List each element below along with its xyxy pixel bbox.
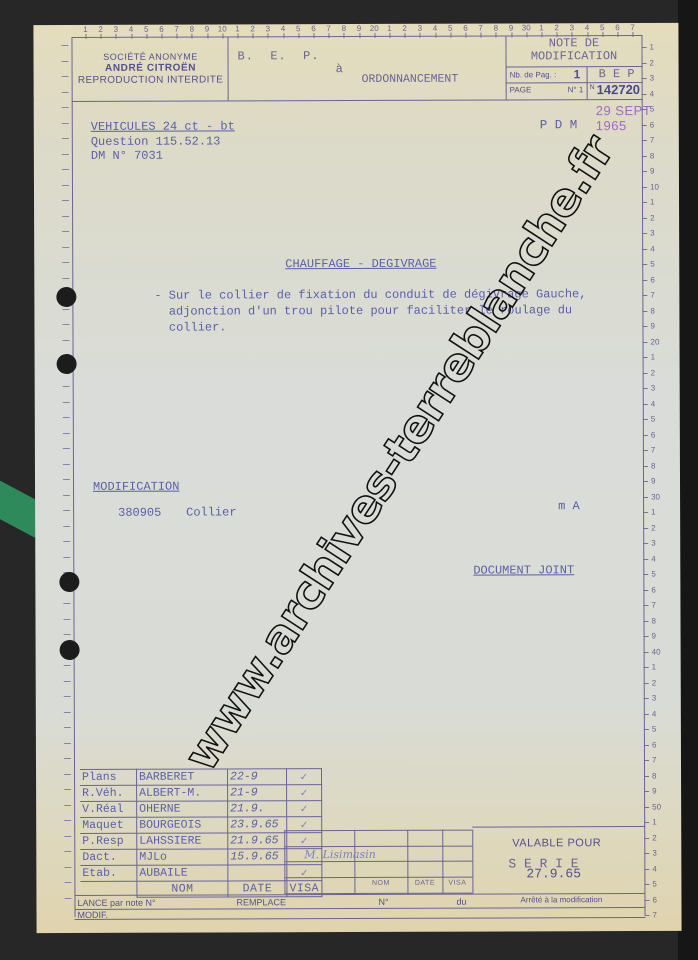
binder-hole <box>56 287 76 307</box>
launched-by-note-label: LANCE par note N° <box>77 898 155 908</box>
ruler-number: 5 <box>652 724 656 733</box>
signature-row: PlansBARBERET22-9✓ <box>80 769 321 786</box>
ruler-tick <box>64 665 71 666</box>
ruler-number: 4 <box>650 244 654 253</box>
modification-code: m A <box>558 499 580 513</box>
ruler-number: 3 <box>650 73 654 82</box>
ruler-number: 20 <box>651 337 660 346</box>
col2-date-label: DATE <box>407 880 442 887</box>
ruler-number: 5 <box>144 25 148 34</box>
ruler-tick <box>62 138 69 139</box>
signature-date <box>228 865 287 881</box>
signature-name: ALBERT-M. <box>137 785 228 801</box>
ruler-number: 1 <box>83 25 87 34</box>
page-count-label: Nb. de Pag. : <box>510 70 557 79</box>
frame-left-line <box>71 37 75 917</box>
ruler-tick <box>62 169 69 170</box>
ruler-number: 3 <box>650 228 654 237</box>
signature-role: Etab. <box>80 865 137 881</box>
ruler-number: 5 <box>600 23 604 32</box>
ruler-number: 6 <box>615 23 619 32</box>
page-number: N° 1 <box>568 85 584 94</box>
page-count-value: 1 <box>574 67 581 81</box>
ruler-number: 3 <box>570 23 574 32</box>
department-code: B E P <box>599 67 635 81</box>
binder-hole <box>60 640 80 660</box>
company-name: ANDRÉ CITROËN <box>74 62 228 74</box>
signature-row: R.Véh.ALBERT-M.21-9✓ <box>80 785 321 802</box>
from-department: B. E. P. <box>238 49 320 63</box>
ruler-number: 3 <box>266 24 270 33</box>
replaces-label: REMPLACE <box>236 897 286 907</box>
ruler-number: 8 <box>650 306 654 315</box>
signature-visa: ✓ <box>287 785 322 801</box>
ruler-number: 2 <box>250 24 254 33</box>
signature-date: 21-9 <box>228 785 287 801</box>
ruler-tick <box>64 743 71 744</box>
ruler-number: 5 <box>651 414 655 423</box>
ruler-number: 6 <box>651 430 655 439</box>
ruler-number: 2 <box>652 678 656 687</box>
ruler-tick <box>64 696 71 697</box>
ruler-tick <box>64 805 71 806</box>
signature-role: Dact. <box>80 849 137 865</box>
ruler-number: 40 <box>652 647 661 656</box>
ruler-number: 1 <box>649 42 653 51</box>
signature-date: 23.9.65 <box>228 817 287 833</box>
ruler-number: 6 <box>652 895 656 904</box>
handwritten-name: M. Lisimasin <box>304 848 376 861</box>
ruler-number: 7 <box>630 23 634 32</box>
signature-role: Maquet <box>80 817 137 833</box>
ruler-tick <box>64 712 71 713</box>
binder-hole <box>57 354 77 374</box>
signature-name: LAHSSIERE <box>137 833 228 849</box>
ruler-tick <box>63 417 70 418</box>
ruler-number: 4 <box>433 24 437 33</box>
ruler-tick <box>63 464 70 465</box>
ruler-tick <box>64 836 71 837</box>
ruler-number: 2 <box>402 24 406 33</box>
ruler-number: 9 <box>652 786 656 795</box>
signature-role: Plans <box>80 769 137 785</box>
ruler-number: 4 <box>281 24 285 33</box>
company-type: SOCIÉTÉ ANONYME <box>74 51 228 62</box>
ruler-number: 5 <box>651 569 655 578</box>
modif-label: MODIF. <box>78 910 109 920</box>
to-department: ORDONNANCEMENT <box>362 73 459 86</box>
ruler-number: 5 <box>448 24 452 33</box>
ruler-tick <box>63 510 70 511</box>
ruler-number: 2 <box>650 213 654 222</box>
signature-role: P.Resp <box>80 833 137 849</box>
ruler-tick <box>63 557 70 558</box>
ruler-number: 4 <box>652 709 656 718</box>
footer-line-2 <box>75 907 646 910</box>
ruler-tick <box>63 448 70 449</box>
valid-for-label: VALABLE POUR <box>512 837 601 849</box>
signature-date: 15.9.65 <box>228 849 287 865</box>
ruler-tick <box>63 479 70 480</box>
ruler-number: 8 <box>190 25 194 34</box>
date-stamp: 29 SEPT 1965 <box>596 103 679 133</box>
signature-date: 21.9.65 <box>228 833 287 849</box>
ruler-number: 9 <box>650 321 654 330</box>
ruler-tick <box>63 541 70 542</box>
ruler-tick <box>62 200 69 201</box>
ruler-tick <box>62 92 69 93</box>
ruler-number: 3 <box>651 383 655 392</box>
ruler-number: 8 <box>494 24 498 33</box>
signature-name: MJLo <box>137 849 228 865</box>
ruler-tick <box>62 309 69 310</box>
note-number: 142720 <box>597 82 640 97</box>
modification-heading: MODIFICATION <box>93 480 179 494</box>
ruler-tick <box>64 867 71 868</box>
ruler-tick <box>63 386 70 387</box>
part-name: Collier <box>186 505 236 519</box>
signature-visa: ✓ <box>287 769 322 785</box>
ruler-number: 7 <box>651 600 655 609</box>
ruler-number: 1 <box>539 23 543 32</box>
ruler-number: 1 <box>387 24 391 33</box>
right-ruler: 1234567891012345678920123456789301234567… <box>641 35 674 925</box>
ruler-tick <box>63 495 70 496</box>
ruler-tick <box>64 882 71 883</box>
vehicles-reference: VEHICULES 24 ct - bt <box>91 119 235 134</box>
ruler-tick <box>63 402 70 403</box>
number-prefix: N <box>590 84 595 91</box>
signature-row: V.RéalOHERNE21.9.✓ <box>80 801 321 818</box>
pdm-code: P D M <box>540 118 578 132</box>
ruler-number: 4 <box>129 25 133 34</box>
ruler-tick <box>62 185 69 186</box>
ruler-number: 8 <box>651 461 655 470</box>
ruler-number: 5 <box>652 879 656 888</box>
ruler-number: 10 <box>650 182 659 191</box>
ruler-tick <box>645 915 650 916</box>
signature-role: R.Véh. <box>80 785 137 801</box>
ruler-number: 4 <box>585 23 589 32</box>
ruler-tick <box>63 526 70 527</box>
ruler-tick <box>61 45 68 46</box>
ruler-number: 2 <box>554 23 558 32</box>
signature-name: AUBAILE <box>137 865 228 881</box>
ruler-number: 6 <box>652 740 656 749</box>
ruler-tick <box>64 681 71 682</box>
ruler-tick <box>62 231 69 232</box>
ruler-number: 6 <box>650 275 654 284</box>
ruler-number: 8 <box>652 771 656 780</box>
stopped-at-modification-label: Arrêté à la modification <box>520 895 602 904</box>
ruler-tick <box>64 634 71 635</box>
ruler-number: 30 <box>522 23 531 32</box>
binder-hole <box>59 572 79 592</box>
ruler-tick <box>62 154 69 155</box>
description-line-3: collier. <box>154 320 226 334</box>
ruler-number: 9 <box>357 24 361 33</box>
ruler-number: 6 <box>311 24 315 33</box>
ruler-number: 2 <box>651 523 655 532</box>
ruler-tick <box>62 61 69 62</box>
ruler-number: 6 <box>159 25 163 34</box>
validity-top-line <box>472 826 645 828</box>
ruler-number: 9 <box>509 23 513 32</box>
doc-box-divider <box>587 66 588 99</box>
ruler-number: 2 <box>651 368 655 377</box>
ruler-number: 7 <box>650 135 654 144</box>
ruler-number: 7 <box>326 24 330 33</box>
col2-name-label: NOM <box>354 880 407 887</box>
ruler-tick <box>62 216 69 217</box>
ruler-number: 3 <box>652 848 656 857</box>
ruler-number: 3 <box>652 693 656 702</box>
question-reference: Question 115.52.13 <box>91 134 221 148</box>
ruler-number: 9 <box>205 25 209 34</box>
ruler-number: 3 <box>418 24 422 33</box>
signature-role: V.Réal <box>80 801 137 817</box>
ruler-number: 1 <box>652 817 656 826</box>
ruler-number: 8 <box>651 616 655 625</box>
ruler-number: 4 <box>651 554 655 563</box>
to-prefix: à <box>336 62 343 76</box>
ruler-number: 9 <box>652 631 656 640</box>
ruler-number: 50 <box>652 802 661 811</box>
ruler-tick <box>64 758 71 759</box>
ruler-tick <box>62 324 69 325</box>
ruler-number: 4 <box>651 399 655 408</box>
ruler-tick <box>62 123 69 124</box>
page-label: PAGE <box>510 85 532 94</box>
ruler-number: 7 <box>653 910 657 919</box>
ruler-number: 4 <box>652 864 656 873</box>
ruler-number: 7 <box>652 755 656 764</box>
signature-name: BOURGEOIS <box>137 817 228 833</box>
footer-line-3 <box>75 917 646 920</box>
ruler-number: 6 <box>463 24 467 33</box>
subject-title: CHAUFFAGE - DEGIVRAGE <box>285 257 436 272</box>
signature-visa: ✓ <box>287 801 322 817</box>
ruler-tick <box>62 247 69 248</box>
reproduction-notice: REPRODUCTION INTERDITE <box>74 74 228 86</box>
ruler-number: 2 <box>652 833 656 842</box>
ruler-number: 20 <box>370 24 379 33</box>
ruler-tick <box>62 107 69 108</box>
ruler-tick <box>63 433 70 434</box>
ruler-number: 8 <box>650 151 654 160</box>
ruler-number: 4 <box>650 89 654 98</box>
ruler-tick <box>62 262 69 263</box>
signature-name: OHERNE <box>137 801 228 817</box>
ruler-number: 1 <box>650 197 654 206</box>
ruler-number: 9 <box>651 476 655 485</box>
dm-reference: DM N° 7031 <box>91 149 163 163</box>
ruler-number: 6 <box>651 585 655 594</box>
ruler-tick <box>64 789 71 790</box>
secondary-signature-grid: M. Lisimasin NOM DATE VISA <box>284 830 472 895</box>
serie-date: 27.9.65 <box>526 866 581 881</box>
signature-date: 22-9 <box>228 769 287 785</box>
ruler-number: 7 <box>478 24 482 33</box>
ruler-number: 2 <box>650 58 654 67</box>
part-number: 380905 <box>118 506 161 520</box>
ruler-number: 3 <box>651 538 655 547</box>
ruler-tick <box>63 340 70 341</box>
attached-document: DOCUMENT JOINT <box>473 563 574 577</box>
ruler-tick <box>64 851 71 852</box>
ruler-number: 1 <box>651 352 655 361</box>
ruler-number: 7 <box>174 25 178 34</box>
dated-label: du <box>456 897 466 907</box>
ruler-tick <box>62 278 69 279</box>
ruler-number: 5 <box>650 259 654 268</box>
ruler-number: 3 <box>114 25 118 34</box>
ruler-tick <box>64 820 71 821</box>
ruler-number: 7 <box>650 290 654 299</box>
ruler-tick <box>64 774 71 775</box>
ruler-number: 1 <box>235 24 239 33</box>
ruler-number: 5 <box>296 24 300 33</box>
number-label: N° <box>378 897 388 907</box>
ruler-number: 1 <box>652 662 656 671</box>
ruler-tick <box>63 603 70 604</box>
ruler-number: 8 <box>342 24 346 33</box>
ruler-tick <box>64 727 71 728</box>
ruler-number: 10 <box>218 24 227 33</box>
ruler-number: 1 <box>651 507 655 516</box>
document-type: NOTE DE MODIFICATION <box>506 37 641 63</box>
ruler-number: 2 <box>98 25 102 34</box>
company-block: SOCIÉTÉ ANONYME ANDRÉ CITROËN REPRODUCTI… <box>73 38 227 101</box>
col2-visa-label: VISA <box>442 880 472 887</box>
ruler-tick <box>63 619 70 620</box>
ruler-tick <box>64 898 71 899</box>
ruler-tick <box>62 76 69 77</box>
ruler-number: 7 <box>651 445 655 454</box>
ruler-number: 9 <box>650 166 654 175</box>
ruler-number: 30 <box>651 492 660 501</box>
signature-date: 21.9. <box>228 801 287 817</box>
